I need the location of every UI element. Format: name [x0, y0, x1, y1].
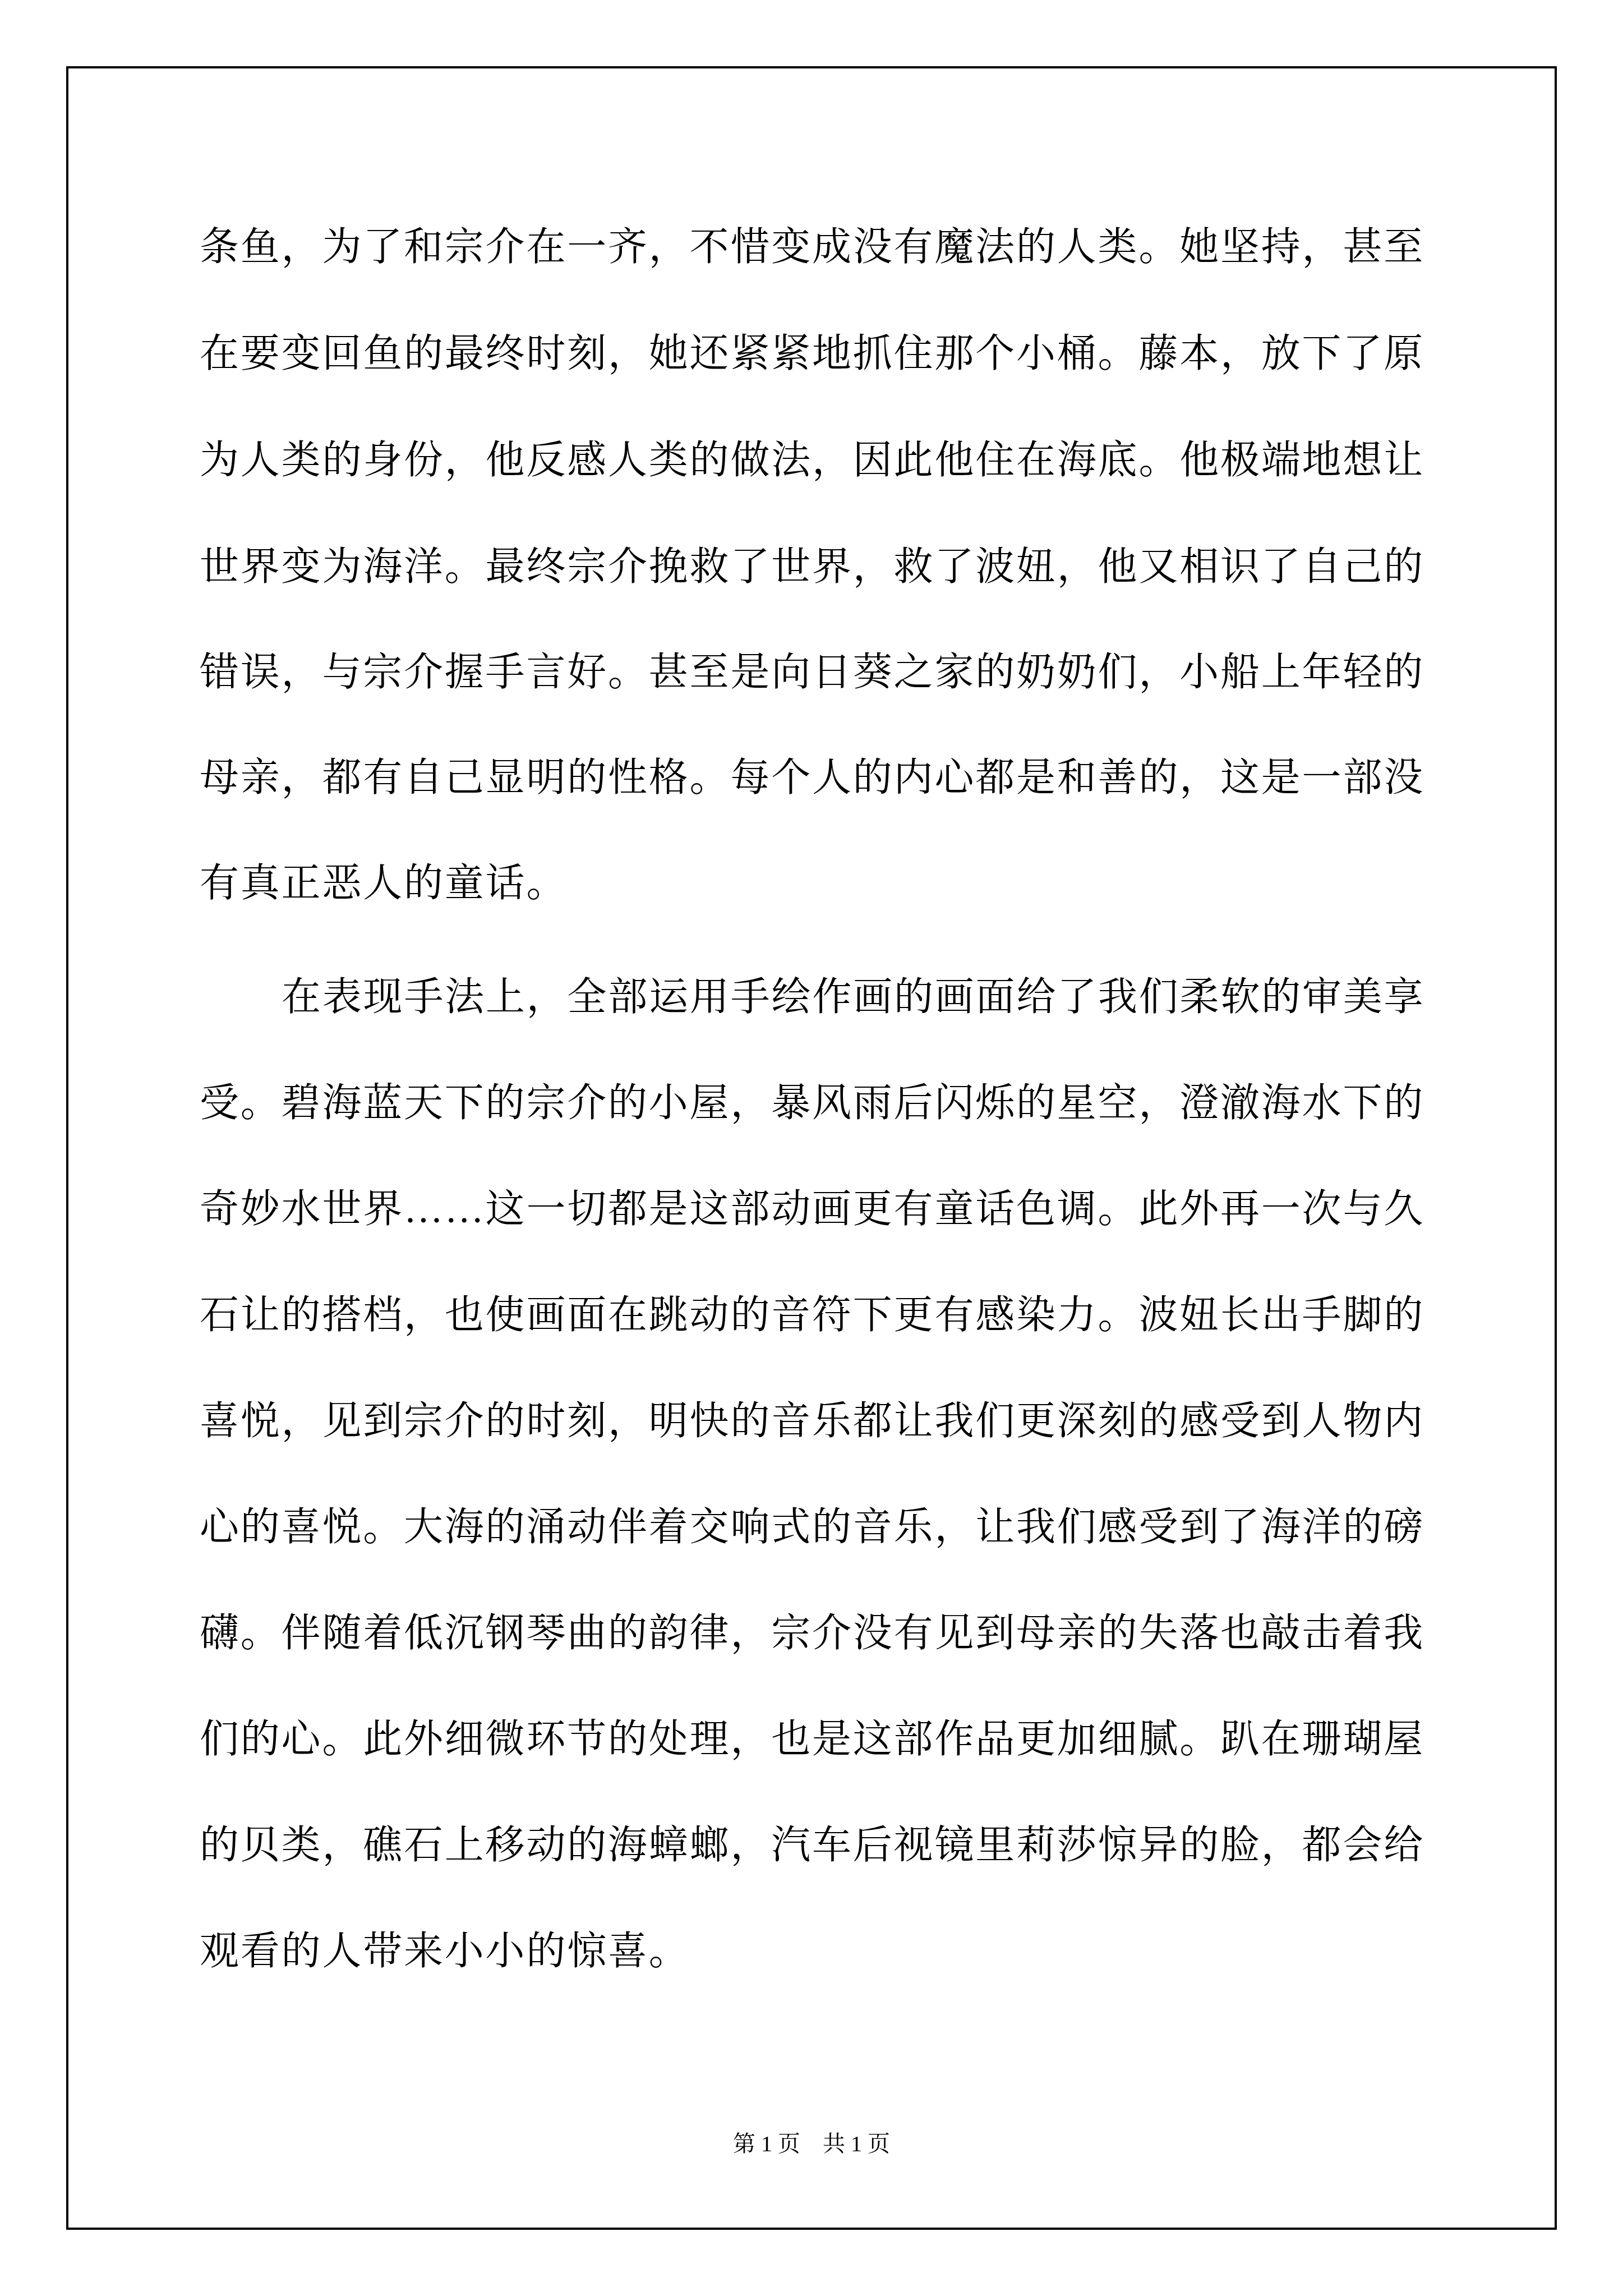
text-line: 在要变回鱼的最终时刻，她还紧紧地抓住那个小桶。藤本，放下了原: [200, 332, 1424, 377]
text-line: 受。碧海蓝天下的宗介的小屋，暴风雨后闪烁的星空，澄澈海水下的: [200, 1082, 1424, 1126]
page-number-footer: 第 1 页 共 1 页: [0, 2129, 1623, 2159]
text-line: 世界变为海洋。最终宗介挽救了世界，救了波妞，他又相识了自己的: [200, 545, 1424, 590]
text-line: 的贝类，礁石上移动的海蟑螂，汽车后视镜里莉莎惊异的脸，都会给: [200, 1824, 1424, 1869]
text-line: 有真正恶人的童话。: [200, 862, 567, 907]
text-line: 奇妙水世界……这一切都是这部动画更有童话色调。此外再一次与久: [200, 1188, 1424, 1232]
text-line: 在表现手法上，全部运用手绘作画的画面给了我们柔软的审美享: [282, 976, 1424, 1020]
text-line: 母亲，都有自己显明的性格。每个人的内心都是和善的，这是一部没: [200, 756, 1424, 801]
page-border: [66, 66, 1557, 2230]
text-line: 石让的搭档，也使画面在跳动的音符下更有感染力。波妞长出手脚的: [200, 1294, 1424, 1338]
text-line: 心的喜悦。大海的涌动伴着交响式的音乐，让我们感受到了海洋的磅: [200, 1506, 1424, 1550]
text-line: 错误，与宗介握手言好。甚至是向日葵之家的奶奶们，小船上年轻的: [200, 651, 1424, 696]
text-line: 们的心。此外细微环节的处理，也是这部作品更加细腻。趴在珊瑚屋: [200, 1718, 1424, 1763]
text-line: 礴。伴随着低沉钢琴曲的韵律，宗介没有见到母亲的失落也敲击着我: [200, 1612, 1424, 1657]
text-line: 条鱼，为了和宗介在一齐，不惜变成没有魔法的人类。她坚持，甚至: [200, 226, 1424, 270]
text-line: 喜悦，见到宗介的时刻，明快的音乐都让我们更深刻的感受到人物内: [200, 1400, 1424, 1444]
text-line: 观看的人带来小小的惊喜。: [200, 1930, 690, 1975]
text-line: 为人类的身份，他反感人类的做法，因此他住在海底。他极端地想让: [200, 439, 1424, 484]
